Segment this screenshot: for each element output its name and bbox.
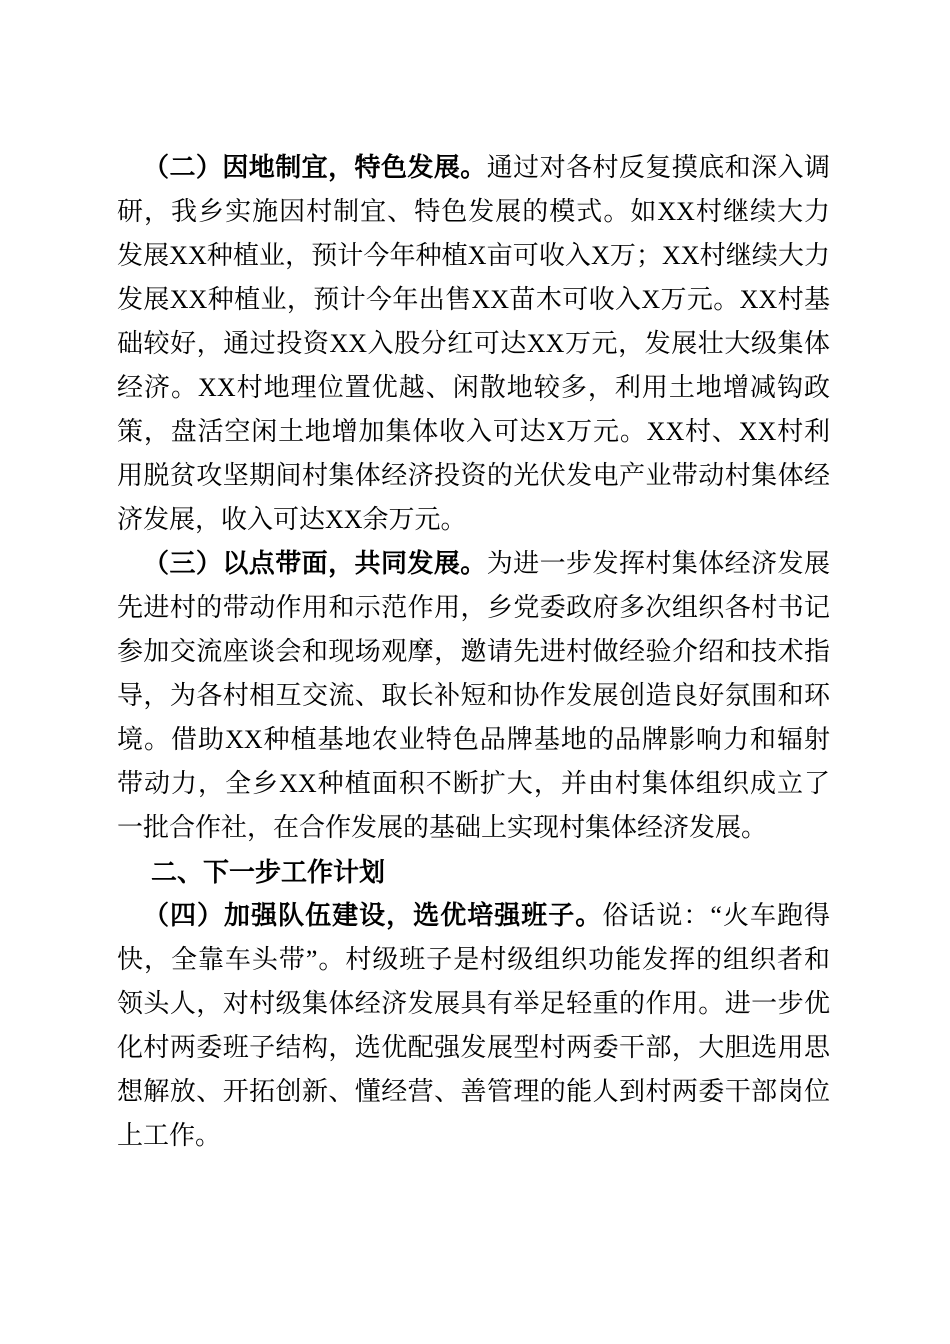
document-text-block: （二）因地制宜，特色发展。通过对各村反复摸底和深入调研，我乡实施因村制宜、特色发…	[117, 146, 830, 1158]
paragraph-item-4-body: 俗话说：“火车跑得快，全靠车头带”。村级班子是村级组织功能发挥的组织者和领头人，…	[117, 901, 830, 1150]
paragraph-item-2-body: 通过对各村反复摸底和深入调研，我乡实施因村制宜、特色发展的模式。如XX村继续大力…	[117, 153, 830, 534]
paragraph-item-4: （四）加强队伍建设，选优培强班子。俗话说：“火车跑得快，全靠车头带”。村级班子是…	[117, 894, 830, 1158]
paragraph-item-2-lead: （二）因地制宜，特色发展。	[143, 153, 487, 182]
paragraph-item-3-body: 为进一步发挥村集体经济发展先进村的带动作用和示范作用，乡党委政府多次组织各村书记…	[117, 549, 830, 842]
paragraph-item-3-lead: （三）以点带面，共同发展。	[143, 549, 487, 578]
paragraph-item-2: （二）因地制宜，特色发展。通过对各村反复摸底和深入调研，我乡实施因村制宜、特色发…	[117, 146, 830, 542]
section-heading-next-step-plan: 二、下一步工作计划	[151, 850, 830, 894]
document-page: （二）因地制宜，特色发展。通过对各村反复摸底和深入调研，我乡实施因村制宜、特色发…	[0, 0, 950, 1344]
paragraph-item-3: （三）以点带面，共同发展。为进一步发挥村集体经济发展先进村的带动作用和示范作用，…	[117, 542, 830, 850]
paragraph-item-4-lead: （四）加强队伍建设，选优培强班子。	[143, 901, 602, 930]
